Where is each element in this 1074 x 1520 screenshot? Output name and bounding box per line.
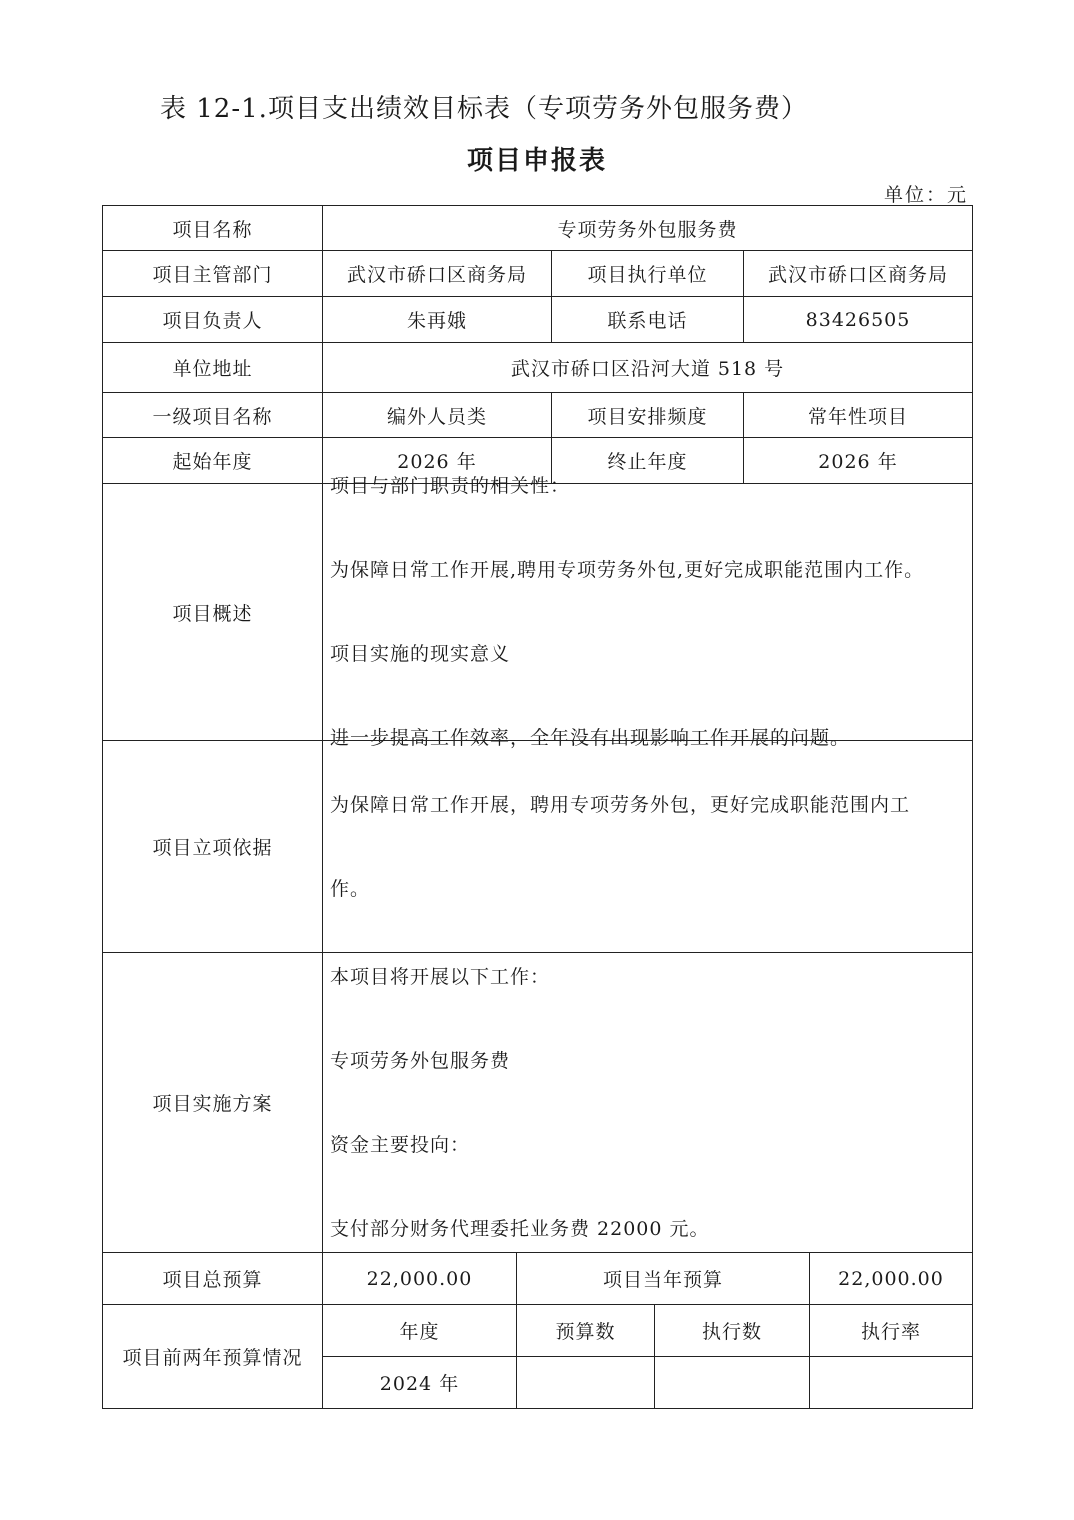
value-exec-unit: 武汉市硚口区商务局 [743, 250, 973, 297]
label-start-year: 起始年度 [102, 437, 323, 484]
label-address: 单位地址 [102, 342, 323, 393]
label-project-name: 项目名称 [102, 205, 323, 251]
prior-row-year: 2024 年 [322, 1356, 517, 1409]
plan-text: 本项目将开展以下工作： 专项劳务外包服务费 资金主要投向： 支付部分财务代理委托… [330, 907, 710, 1299]
value-dept: 武汉市硚口区商务局 [322, 250, 552, 297]
prior-row-budget [516, 1356, 655, 1409]
prior-row-executed [654, 1356, 810, 1409]
value-plan: 本项目将开展以下工作： 专项劳务外包服务费 资金主要投向： 支付部分财务代理委托… [322, 952, 973, 1253]
label-total-budget: 项目总预算 [102, 1252, 323, 1305]
header-executed-amount: 执行数 [654, 1304, 810, 1357]
label-dept: 项目主管部门 [102, 250, 323, 297]
label-basis: 项目立项依据 [102, 740, 323, 953]
label-phone: 联系电话 [551, 296, 744, 343]
label-overview: 项目概述 [102, 483, 323, 741]
value-project-name: 专项劳务外包服务费 [322, 205, 973, 251]
value-leader: 朱再娥 [322, 296, 552, 343]
value-annual-budget: 22,000.00 [809, 1252, 973, 1305]
label-exec-unit: 项目执行单位 [551, 250, 744, 297]
unit-label: 单位：元 [884, 180, 968, 207]
label-leader: 项目负责人 [102, 296, 323, 343]
header-budget-amount: 预算数 [516, 1304, 655, 1357]
value-overview: 项目与部门职责的相关性： 为保障日常工作开展,聘用专项劳务外包,更好完成职能范围… [322, 483, 973, 741]
page-title: 项目申报表 [0, 140, 1074, 177]
header-execution-rate: 执行率 [809, 1304, 973, 1357]
value-total-budget: 22,000.00 [322, 1252, 517, 1305]
label-annual-budget: 项目当年预算 [516, 1252, 810, 1305]
header-year: 年度 [322, 1304, 517, 1357]
label-prior-budget: 项目前两年预算情况 [102, 1304, 323, 1409]
label-category: 一级项目名称 [102, 392, 323, 438]
label-plan: 项目实施方案 [102, 952, 323, 1253]
table-caption: 表 12-1.项目支出绩效目标表（专项劳务外包服务费） [160, 88, 808, 125]
value-address: 武汉市硚口区沿河大道 518 号 [322, 342, 973, 393]
prior-row-rate [809, 1356, 973, 1409]
value-phone: 83426505 [743, 296, 973, 343]
